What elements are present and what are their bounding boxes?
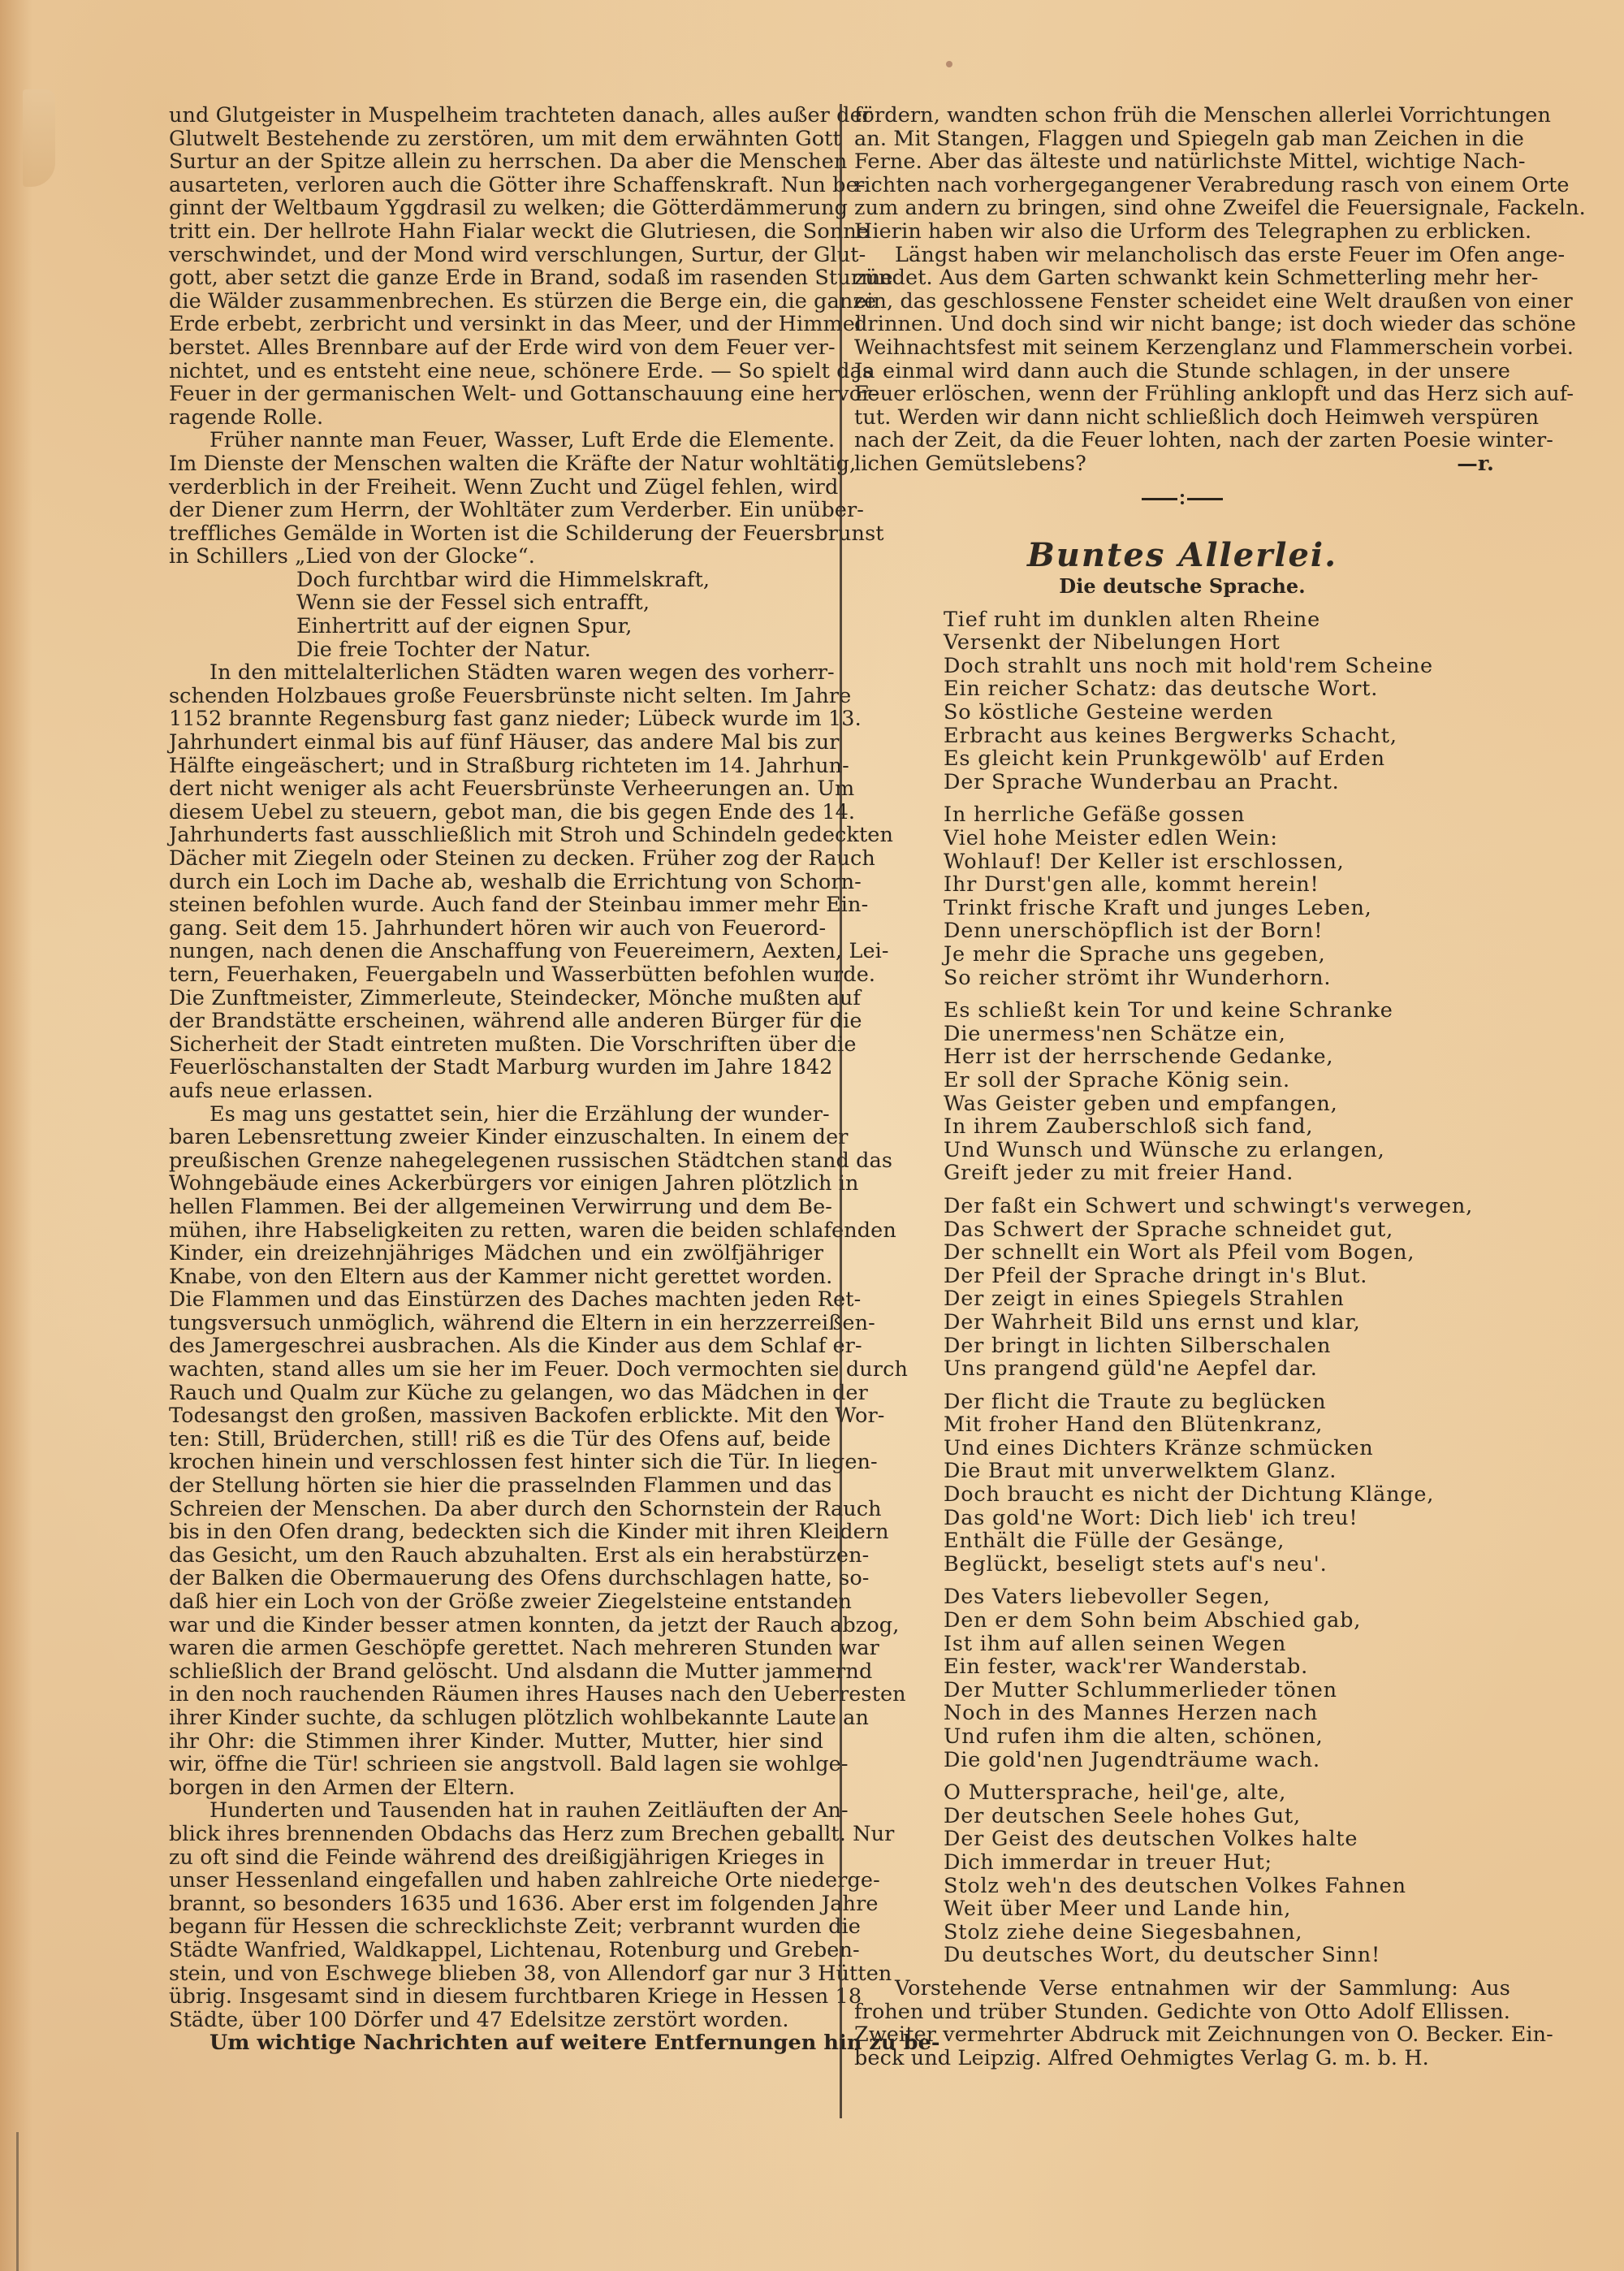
poem-title: Die deutsche Sprache. <box>854 575 1510 599</box>
poem-stanza: In herrliche Gefäße gossenViel hohe Meis… <box>944 803 1510 989</box>
text-line: bis in den Ofen drang, bedeckten sich di… <box>169 1520 823 1544</box>
text-line: Feuerlöschanstalten der Stadt Marburg wu… <box>169 1056 823 1079</box>
text-line: der Stellung hörten sie hier die prassel… <box>169 1474 823 1498</box>
poem-line: Weit über Meer und Lande hin, <box>944 1897 1510 1921</box>
ornament-dot-top <box>1181 494 1184 497</box>
text-line: in Schillers „Lied von der Glocke“. <box>169 545 823 569</box>
ornament-bar-right <box>1187 498 1223 500</box>
text-line: der Balken die Obermauerung des Ofens du… <box>169 1567 823 1590</box>
poem-line: Ihr Durst'gen alle, kommt herein! <box>944 873 1510 897</box>
paper-tear <box>23 89 55 187</box>
text-line: Die Flammen und das Einstürzen des Dache… <box>169 1288 823 1312</box>
paper-stain <box>946 61 952 67</box>
text-line: zündet. Aus dem Garten schwankt kein Sch… <box>854 266 1510 290</box>
poem-line: Die unermess'nen Schätze ein, <box>944 1023 1510 1046</box>
text-line: der Diener zum Herrn, der Wohltäter zum … <box>169 499 823 522</box>
text-line: Die Zunftmeister, Zimmerleute, Steindeck… <box>169 987 823 1010</box>
text-line: das Gesicht, um den Rauch abzuhalten. Er… <box>169 1544 823 1568</box>
text-line: nach der Zeit, da die Feuer lohten, nach… <box>854 429 1510 452</box>
poem-line: Wohlauf! Der Keller ist erschlossen, <box>944 850 1510 874</box>
text-line: Hierin haben wir also die Urform des Tel… <box>854 220 1510 244</box>
text-line: verschwindet, und der Mond wird verschlu… <box>169 244 823 267</box>
poem-line: Und eines Dichters Kränze schmücken <box>944 1437 1510 1460</box>
text-line: zu oft sind die Feinde während des dreiß… <box>169 1846 823 1870</box>
poem-line: Der Wahrheit Bild uns ernst und klar, <box>944 1311 1510 1334</box>
poem-line: Der Mutter Schlummerlieder tönen <box>944 1679 1510 1702</box>
poem: Tief ruht im dunklen alten RheineVersenk… <box>854 608 1510 1967</box>
text-line: der Brandstätte erscheinen, während alle… <box>169 1010 823 1033</box>
text-line: schließlich der Brand gelöscht. Und alsd… <box>169 1660 823 1684</box>
text-line: Feuer in der germanischen Welt- und Gott… <box>169 383 823 406</box>
text-line: nungen, nach denen die Anschaffung von F… <box>169 940 823 963</box>
poem-line: Den er dem Sohn beim Abschied gab, <box>944 1609 1510 1633</box>
poem-line: Und rufen ihm die alten, schönen, <box>944 1725 1510 1749</box>
poem-line: In herrliche Gefäße gossen <box>944 803 1510 827</box>
poem-line: Der deutschen Seele hohes Gut, <box>944 1805 1510 1828</box>
text-line: Städte Wanfried, Waldkappel, Lichtenau, … <box>169 1939 823 1962</box>
text-line: preußischen Grenze nahegelegenen russisc… <box>169 1149 823 1173</box>
text-line: Dächer mit Ziegeln oder Steinen zu decke… <box>169 847 823 871</box>
text-line: wachten, stand alles um sie her im Feuer… <box>169 1358 823 1382</box>
text-line: gott, aber setzt die ganze Erde in Brand… <box>169 266 823 290</box>
poem-line: Der faßt ein Schwert und schwingt's verw… <box>944 1195 1510 1218</box>
text-line: borgen in den Armen der Eltern. <box>169 1776 823 1800</box>
text-line: diesem Uebel zu steuern, gebot man, die … <box>169 801 823 824</box>
poem-line: Noch in des Mannes Herzen nach <box>944 1702 1510 1725</box>
quote-line: Doch furchtbar wird die Himmelskraft, <box>169 569 823 592</box>
quote-line: Wenn sie der Fessel sich entrafft, <box>169 591 823 615</box>
text-line: ten: Still, Brüderchen, still! riß es di… <box>169 1428 823 1451</box>
text-line: daß hier ein Loch von der Größe zweier Z… <box>169 1590 823 1614</box>
text-line: Wohngebäude eines Ackerbürgers vor einig… <box>169 1172 823 1196</box>
text-line: schenden Holzbaues große Feuersbrünste n… <box>169 685 823 708</box>
text-line: Ferne. Aber das älteste und natürlichste… <box>854 150 1510 174</box>
article-paragraph-2: Früher nannte man Feuer, Wasser, Luft Er… <box>169 429 823 569</box>
text-line: Jahrhundert einmal bis auf fünf Häuser, … <box>169 731 823 755</box>
text-line: Weihnachtsfest mit seinem Kerzenglanz un… <box>854 336 1510 360</box>
text-line: des Jamergeschrei ausbrachen. Als die Ki… <box>169 1334 823 1358</box>
poem-line: Ein reicher Schatz: das deutsche Wort. <box>944 677 1510 701</box>
poem-line: Ein fester, wack'rer Wanderstab. <box>944 1655 1510 1679</box>
article-paragraph-6-start: Um wichtige Nachrichten auf weitere Entf… <box>169 2031 823 2055</box>
poem-stanza: Des Vaters liebevoller Segen,Den er dem … <box>944 1585 1510 1771</box>
text-line: Zweiter vermehrter Abdruck mit Zeichnung… <box>854 2023 1510 2047</box>
poem-line: Enthält die Fülle der Gesänge, <box>944 1529 1510 1553</box>
author-signature: —r. <box>1457 452 1494 476</box>
text-line: berstet. Alles Brennbare auf der Erde wi… <box>169 336 823 360</box>
ornament-dot-bottom <box>1181 501 1184 504</box>
poem-line: Greift jeder zu mit freier Hand. <box>944 1161 1510 1185</box>
poem-line: Stolz weh'n des deutschen Volkes Fahnen <box>944 1875 1510 1898</box>
text-line: Hunderten und Tausenden hat in rauhen Ze… <box>169 1799 823 1823</box>
text-line: ihr Ohr: die Stimmen ihrer Kinder. Mutte… <box>169 1730 823 1754</box>
text-line: nichtet, und es entsteht eine neue, schö… <box>169 360 823 383</box>
text-line: waren die armen Geschöpfe gerettet. Nach… <box>169 1637 823 1660</box>
article-paragraph-1: und Glutgeister in Muspelheim trachteten… <box>169 104 823 429</box>
poem-source-note: Vorstehende Verse entnahmen wir der Samm… <box>854 1977 1510 2070</box>
text-line: aufs neue erlassen. <box>169 1079 823 1103</box>
text-line: Städte, über 100 Dörfer und 47 Edelsitze… <box>169 2009 823 2032</box>
poem-line: Viel hohe Meister edlen Wein: <box>944 827 1510 850</box>
paper-binding-edge <box>16 2132 19 2271</box>
poem-line: Versenkt der Nibelungen Hort <box>944 631 1510 655</box>
text-line: tut. Werden wir dann nicht schließlich d… <box>854 406 1510 430</box>
poem-line: Du deutsches Wort, du deutscher Sinn! <box>944 1944 1510 1967</box>
poem-line: Trinkt frische Kraft und junges Leben, <box>944 897 1510 920</box>
text-line: tern, Feuerhaken, Feuergabeln und Wasser… <box>169 963 823 987</box>
text-line: Längst haben wir melancholisch das erste… <box>854 244 1510 267</box>
article-paragraph-closing: Längst haben wir melancholisch das erste… <box>854 244 1510 476</box>
poem-line: Der zeigt in eines Spiegels Strahlen <box>944 1287 1510 1311</box>
text-line: stein, und von Eschwege blieben 38, von … <box>169 1962 823 1986</box>
quote-line: Die freie Tochter der Natur. <box>169 638 823 662</box>
poem-line: Beglückt, beseligt stets auf's neu'. <box>944 1553 1510 1577</box>
text-line: steinen befohlen wurde. Auch fand der St… <box>169 893 823 917</box>
poem-line: Mit froher Hand den Blütenkranz, <box>944 1413 1510 1437</box>
poem-line: Der Geist des deutschen Volkes halte <box>944 1828 1510 1851</box>
text-line: Schreien der Menschen. Da aber durch den… <box>169 1498 823 1521</box>
text-line: übrig. Insgesamt sind in diesem furchtba… <box>169 1985 823 2009</box>
poem-line: Der bringt in lichten Silberschalen <box>944 1334 1510 1358</box>
poem-line: Er soll der Sprache König sein. <box>944 1069 1510 1092</box>
text-line: verderblich in der Freiheit. Wenn Zucht … <box>169 476 823 500</box>
text-line: dert nicht weniger als acht Feuersbrünst… <box>169 777 823 801</box>
paper-left-edge <box>0 0 32 2271</box>
article-paragraph-continued: fördern, wandten schon früh die Menschen… <box>854 104 1510 244</box>
text-line: hellen Flammen. Bei der allgemeinen Verw… <box>169 1196 823 1219</box>
poem-line: Es schließt kein Tor und keine Schranke <box>944 999 1510 1023</box>
poem-line: Tief ruht im dunklen alten Rheine <box>944 608 1510 632</box>
text-line: ragende Rolle. <box>169 406 823 430</box>
text-line: Kinder, ein dreizehnjähriges Mädchen und… <box>169 1242 823 1265</box>
poem-stanza: O Muttersprache, heil'ge, alte,Der deuts… <box>944 1781 1510 1967</box>
text-line: an. Mit Stangen, Flaggen und Spiegeln ga… <box>854 128 1510 151</box>
text-line: Glutwelt Bestehende zu zerstören, um mit… <box>169 128 823 151</box>
section-divider-ornament <box>1142 494 1223 505</box>
poem-line: Der Pfeil der Sprache dringt in's Blut. <box>944 1265 1510 1288</box>
text-line: Knabe, von den Eltern aus der Kammer nic… <box>169 1265 823 1289</box>
left-column: und Glutgeister in Muspelheim trachteten… <box>169 104 823 2055</box>
text-line: treffliches Gemälde in Worten ist die Sc… <box>169 522 823 546</box>
text-line: In den mittelalterlichen Städten waren w… <box>169 661 823 685</box>
text-line: tritt ein. Der hellrote Hahn Fialar weck… <box>169 220 823 244</box>
article-paragraph-5: Hunderten und Tausenden hat in rauhen Ze… <box>169 1799 823 2031</box>
poem-line: Die gold'nen Jugendträume wach. <box>944 1749 1510 1772</box>
poem-line: Was Geister geben und empfangen, <box>944 1092 1510 1116</box>
poem-line: Und Wunsch und Wünsche zu erlangen, <box>944 1139 1510 1162</box>
text-line: gang. Seit dem 15. Jahrhundert hören wir… <box>169 917 823 941</box>
poem-line: Stolz ziehe deine Siegesbahnen, <box>944 1921 1510 1944</box>
text-line: brannt, so besonders 1635 und 1636. Aber… <box>169 1892 823 1916</box>
poem-line: Doch braucht es nicht der Dichtung Kläng… <box>944 1483 1510 1507</box>
ornament-bar-left <box>1142 498 1177 500</box>
text-line: unser Hessenland eingefallen und haben z… <box>169 1869 823 1892</box>
text-line: Sicherheit der Stadt eintreten mußten. D… <box>169 1033 823 1057</box>
text-line: tungsversuch unmöglich, während die Elte… <box>169 1312 823 1335</box>
poem-stanza: Der faßt ein Schwert und schwingt's verw… <box>944 1195 1510 1381</box>
text-line: zum andern zu bringen, sind ohne Zweifel… <box>854 197 1510 220</box>
poem-line: Herr ist der herrschende Gedanke, <box>944 1045 1510 1069</box>
poem-line: Das gold'ne Wort: Dich lieb' ich treu! <box>944 1507 1510 1530</box>
poem-line: Denn unerschöpflich ist der Born! <box>944 919 1510 943</box>
poem-line: In ihrem Zauberschloß sich fand, <box>944 1115 1510 1139</box>
poem-line: Der schnellt ein Wort als Pfeil vom Boge… <box>944 1241 1510 1265</box>
poem-line: Je mehr die Sprache uns gegeben, <box>944 943 1510 967</box>
text-line: Feuer erlöschen, wenn der Frühling anklo… <box>854 383 1510 406</box>
article-paragraph-3: In den mittelalterlichen Städten waren w… <box>169 661 823 1102</box>
text-line: frohen und trüber Stunden. Gedichte von … <box>854 2001 1510 2024</box>
text-line: drinnen. Und doch sind wir nicht bange; … <box>854 313 1510 336</box>
text-line: Erde erbebt, zerbricht und versinkt in d… <box>169 313 823 336</box>
column-divider <box>840 104 842 2118</box>
poem-line: Doch strahlt uns noch mit hold'rem Schei… <box>944 655 1510 678</box>
text-line: beck und Leipzig. Alfred Oehmigtes Verla… <box>854 2047 1510 2070</box>
text-line: Vorstehende Verse entnahmen wir der Samm… <box>854 1977 1510 2001</box>
text-line: fördern, wandten schon früh die Menschen… <box>854 104 1510 128</box>
text-line: durch ein Loch im Dache ab, weshalb die … <box>169 871 823 894</box>
poem-line: Die Braut mit unverwelktem Glanz. <box>944 1460 1510 1483</box>
text-line: in den noch rauchenden Räumen ihres Haus… <box>169 1683 823 1706</box>
text-line: ausarteten, verloren auch die Götter ihr… <box>169 174 823 197</box>
schiller-quote: Doch furchtbar wird die Himmelskraft,Wen… <box>169 569 823 661</box>
text-line: Rauch und Qualm zur Küche zu gelangen, w… <box>169 1382 823 1405</box>
text-line: Hälfte eingeäschert; und in Straßburg ri… <box>169 755 823 778</box>
right-column: fördern, wandten schon früh die Menschen… <box>854 104 1510 2070</box>
text-line: krochen hinein und verschlossen fest hin… <box>169 1451 823 1474</box>
poem-line: Uns prangend güld'ne Aepfel dar. <box>944 1357 1510 1381</box>
text-line: Jahrhunderts fast ausschließlich mit Str… <box>169 824 823 847</box>
text-line: lichen Gemütslebens? <box>854 452 1510 476</box>
text-line: Früher nannte man Feuer, Wasser, Luft Er… <box>169 429 823 452</box>
poem-stanza: Tief ruht im dunklen alten RheineVersenk… <box>944 608 1510 794</box>
quote-line: Einhertritt auf der eignen Spur, <box>169 615 823 638</box>
text-line: Es mag uns gestattet sein, hier die Erzä… <box>169 1103 823 1127</box>
text-line: wir, öffne die Tür! schrieen sie angstvo… <box>169 1753 823 1776</box>
text-line: mühen, ihre Habseligkeiten zu retten, wa… <box>169 1219 823 1243</box>
poem-line: O Muttersprache, heil'ge, alte, <box>944 1781 1510 1805</box>
text-line: begann für Hessen die schrecklichste Zei… <box>169 1915 823 1939</box>
poem-stanza: Es schließt kein Tor und keine SchrankeD… <box>944 999 1510 1185</box>
text-line: ihrer Kinder suchte, da schlugen plötzli… <box>169 1706 823 1730</box>
text-line: Surtur an der Spitze allein zu herrschen… <box>169 150 823 174</box>
text-line: war und die Kinder besser atmen konnten,… <box>169 1614 823 1637</box>
poem-line: Dich immerdar in treuer Hut; <box>944 1851 1510 1875</box>
text-line: Ja einmal wird dann auch die Stunde schl… <box>854 360 1510 383</box>
text-line: 1152 brannte Regensburg fast ganz nieder… <box>169 707 823 731</box>
text-line: und Glutgeister in Muspelheim trachteten… <box>169 104 823 128</box>
text-line: ginnt der Weltbaum Yggdrasil zu welken; … <box>169 197 823 220</box>
text-line: baren Lebensrettung zweier Kinder einzus… <box>169 1126 823 1149</box>
poem-line: Der flicht die Traute zu beglücken <box>944 1391 1510 1414</box>
text-line: ein, das geschlossene Fenster scheidet e… <box>854 290 1510 314</box>
section-title: Buntes Allerlei. <box>854 544 1510 568</box>
poem-line: Das Schwert der Sprache schneidet gut, <box>944 1218 1510 1242</box>
poem-line: Erbracht aus keines Bergwerks Schacht, <box>944 725 1510 748</box>
text-line: die Wälder zusammenbrechen. Es stürzen d… <box>169 290 823 314</box>
poem-stanza: Der flicht die Traute zu beglückenMit fr… <box>944 1391 1510 1577</box>
poem-line: So reicher strömt ihr Wunderhorn. <box>944 967 1510 990</box>
poem-line: So köstliche Gesteine werden <box>944 701 1510 725</box>
text-line: Todesangst den großen, massiven Backofen… <box>169 1404 823 1428</box>
text-line: blick ihres brennenden Obdachs das Herz … <box>169 1823 823 1846</box>
text-line: richten nach vorhergegangener Verabredun… <box>854 174 1510 197</box>
text-line: Im Dienste der Menschen walten die Kräft… <box>169 452 823 476</box>
poem-line: Es gleicht kein Prunkgewölb' auf Erden <box>944 747 1510 771</box>
poem-line: Des Vaters liebevoller Segen, <box>944 1585 1510 1609</box>
poem-line: Ist ihm auf allen seinen Wegen <box>944 1633 1510 1656</box>
article-paragraph-4: Es mag uns gestattet sein, hier die Erzä… <box>169 1103 823 1800</box>
poem-line: Der Sprache Wunderbau an Pracht. <box>944 771 1510 794</box>
